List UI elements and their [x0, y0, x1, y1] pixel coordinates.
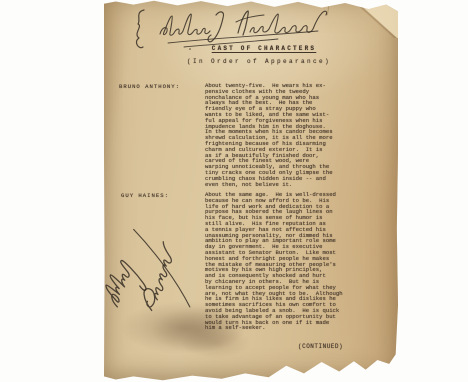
character-description-guy: About the same age. He is well-dressed b… — [205, 192, 363, 331]
page-subtitle: (In Order of Appearance) — [104, 58, 398, 65]
character-description-bruno: About twenty-five. He wears his ex- pens… — [205, 83, 363, 187]
page-title: CAST OF CHARACTERS — [104, 45, 398, 52]
granger-signature — [98, 194, 198, 330]
paper-page: CAST OF CHARACTERS (In Order of Appearan… — [104, 0, 398, 381]
continued-note: (CONTINUED) — [298, 343, 343, 350]
scanned-document: CAST OF CHARACTERS (In Order of Appearan… — [0, 0, 468, 382]
character-name-bruno: BRUNO ANTHONY: — [119, 83, 180, 90]
corner-fold — [346, 0, 398, 38]
